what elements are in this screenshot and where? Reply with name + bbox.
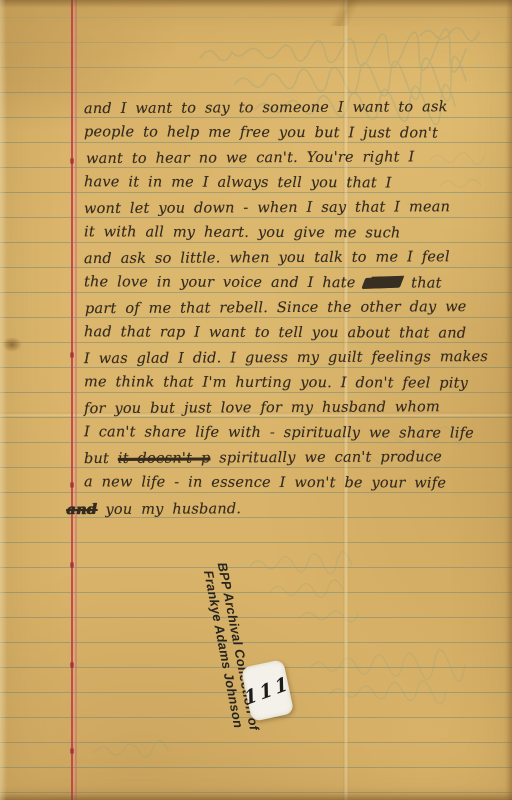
margin-ink-spot <box>70 352 74 358</box>
letter-text-heavy: and <box>66 501 97 518</box>
letter-text-normal: and ask so little. when you talk to me I… <box>84 249 450 267</box>
page-edge-left <box>0 0 6 800</box>
letter-line: part of me that rebell. Since the other … <box>85 295 504 322</box>
margin-ink-spot <box>70 482 74 488</box>
letter-body: and I want to say to someone I want to a… <box>84 96 504 521</box>
letter-line: it with all my heart. you give me such <box>84 220 504 246</box>
paper-stain <box>2 337 22 352</box>
scanned-letter-page: { "page": { "kind": "scanned handwritten… <box>0 0 512 800</box>
letter-line: the love in your voice and I hate that <box>84 270 504 296</box>
letter-line: for you but just love for my husband who… <box>84 395 504 422</box>
letter-line: had that rap I want to tell you about th… <box>84 320 504 346</box>
letter-line: I can't share life with - spiritually we… <box>84 420 504 446</box>
letter-text-normal: I can't share life with - spiritually we… <box>84 424 474 441</box>
letter-line: and you my husband. <box>66 495 504 522</box>
letter-text-normal: people to help me free you but I just do… <box>84 124 438 141</box>
letter-text-normal: I was glad I did. I guess my guilt feeli… <box>84 349 488 367</box>
letter-text-normal: and I want to say to someone I want to a… <box>84 99 448 117</box>
letter-line: have it in me I always tell you that I <box>84 170 504 196</box>
letter-text-normal: me think that I'm hurting you. I don't f… <box>84 374 468 391</box>
letter-text-scribble <box>362 277 405 289</box>
letter-text-normal: had that rap I want to tell you about th… <box>84 324 466 341</box>
letter-text-normal: you my husband. <box>97 501 242 518</box>
margin-ink-spot <box>70 748 74 754</box>
top-edge-crease <box>300 0 390 26</box>
letter-line: and ask so little. when you talk to me I… <box>84 245 504 272</box>
margin-ink-spot <box>70 158 74 164</box>
letter-text-normal: part of me that rebell. Since the other … <box>85 299 467 317</box>
letter-line: people to help me free you but I just do… <box>84 120 504 146</box>
letter-text-normal: wont let you down - when I say that I me… <box>84 199 450 217</box>
page-edge-right <box>506 0 512 800</box>
red-margin-line-shadow <box>75 0 77 800</box>
letter-text-strike: it doesn't p <box>118 450 211 466</box>
letter-line: but it doesn't p spiritually we can't pr… <box>84 445 504 472</box>
red-margin-line <box>71 0 73 800</box>
letter-text-normal: but <box>84 451 118 467</box>
letter-line: wont let you down - when I say that I me… <box>84 195 504 222</box>
margin-ink-spot <box>70 562 74 568</box>
letter-line: I was glad I did. I guess my guilt feeli… <box>84 345 504 372</box>
letter-text-normal: want to hear no we can't. You're right I <box>86 149 414 167</box>
letter-text-normal: spiritually we can't produce <box>210 449 442 466</box>
margin-ink-spot <box>70 662 74 668</box>
letter-text-normal: the love in your voice and I hate <box>84 274 364 291</box>
letter-line: want to hear no we can't. You're right I <box>86 145 504 172</box>
letter-text-normal: for you but just love for my husband who… <box>84 399 440 417</box>
letter-text-normal: it with all my heart. you give me such <box>84 224 401 241</box>
letter-line: me think that I'm hurting you. I don't f… <box>84 370 504 396</box>
letter-text-normal: that <box>402 275 441 291</box>
letter-text-normal: have it in me I always tell you that I <box>84 174 392 191</box>
letter-line: and I want to say to someone I want to a… <box>84 95 504 122</box>
letter-text-normal: a new life - in essence I won't be your … <box>84 474 446 491</box>
letter-line: a new life - in essence I won't be your … <box>84 470 504 496</box>
sticker-number: 111 <box>242 671 292 709</box>
